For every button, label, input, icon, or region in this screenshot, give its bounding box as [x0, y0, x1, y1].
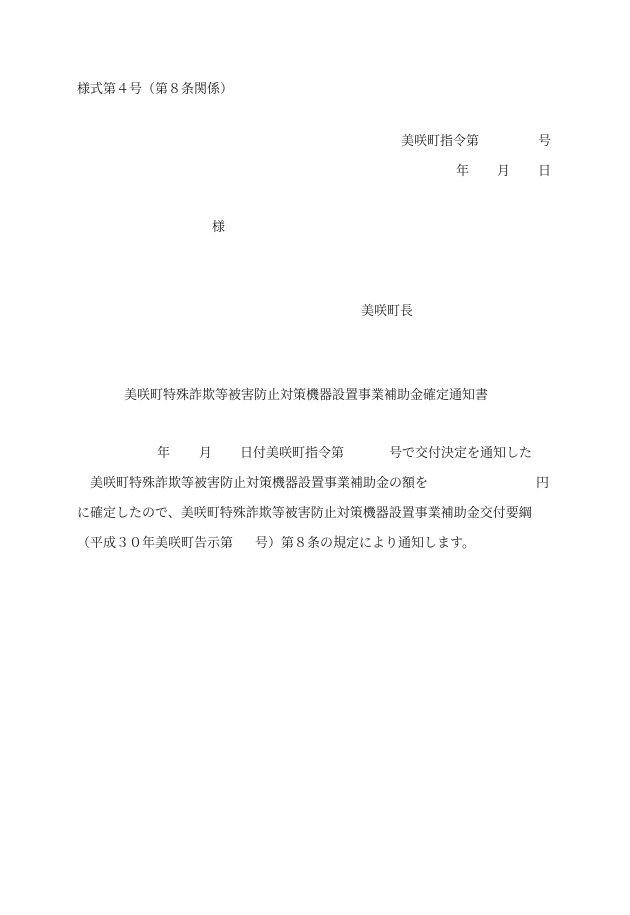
- body-line2-currency: 円: [536, 476, 549, 492]
- issue-date-day: 日: [538, 164, 551, 180]
- issue-date-month: 月: [497, 164, 510, 180]
- directive-number-prefix: 美咲町指令第: [401, 134, 479, 150]
- document-title: 美咲町特殊詐欺等被害防止対策機器設置事業補助金確定通知書: [124, 388, 488, 404]
- body-line4-head: （平成３０年美咲町告示第: [77, 536, 233, 552]
- body-line1-month: 月: [199, 446, 212, 462]
- body-line1-year: 年: [157, 446, 170, 462]
- addressee-honorific: 様: [212, 220, 225, 236]
- issue-date-year: 年: [456, 164, 469, 180]
- body-line1-reference: 日付美咲町指令第: [240, 446, 344, 462]
- directive-number-suffix: 号: [538, 134, 551, 150]
- body-line2-text: 美咲町特殊詐欺等被害防止対策機器設置事業補助金の額を: [90, 476, 428, 492]
- form-number: 様式第４号（第８条関係）: [77, 82, 233, 98]
- body-line4-tail: 号）第８条の規定により通知します。: [255, 536, 475, 552]
- body-line1-tail: 号で交付決定を通知した: [389, 446, 532, 462]
- issuer-name: 美咲町長: [361, 304, 413, 320]
- body-line3: に確定したので、美咲町特殊詐欺等被害防止対策機器設置事業補助金交付要綱: [77, 506, 532, 522]
